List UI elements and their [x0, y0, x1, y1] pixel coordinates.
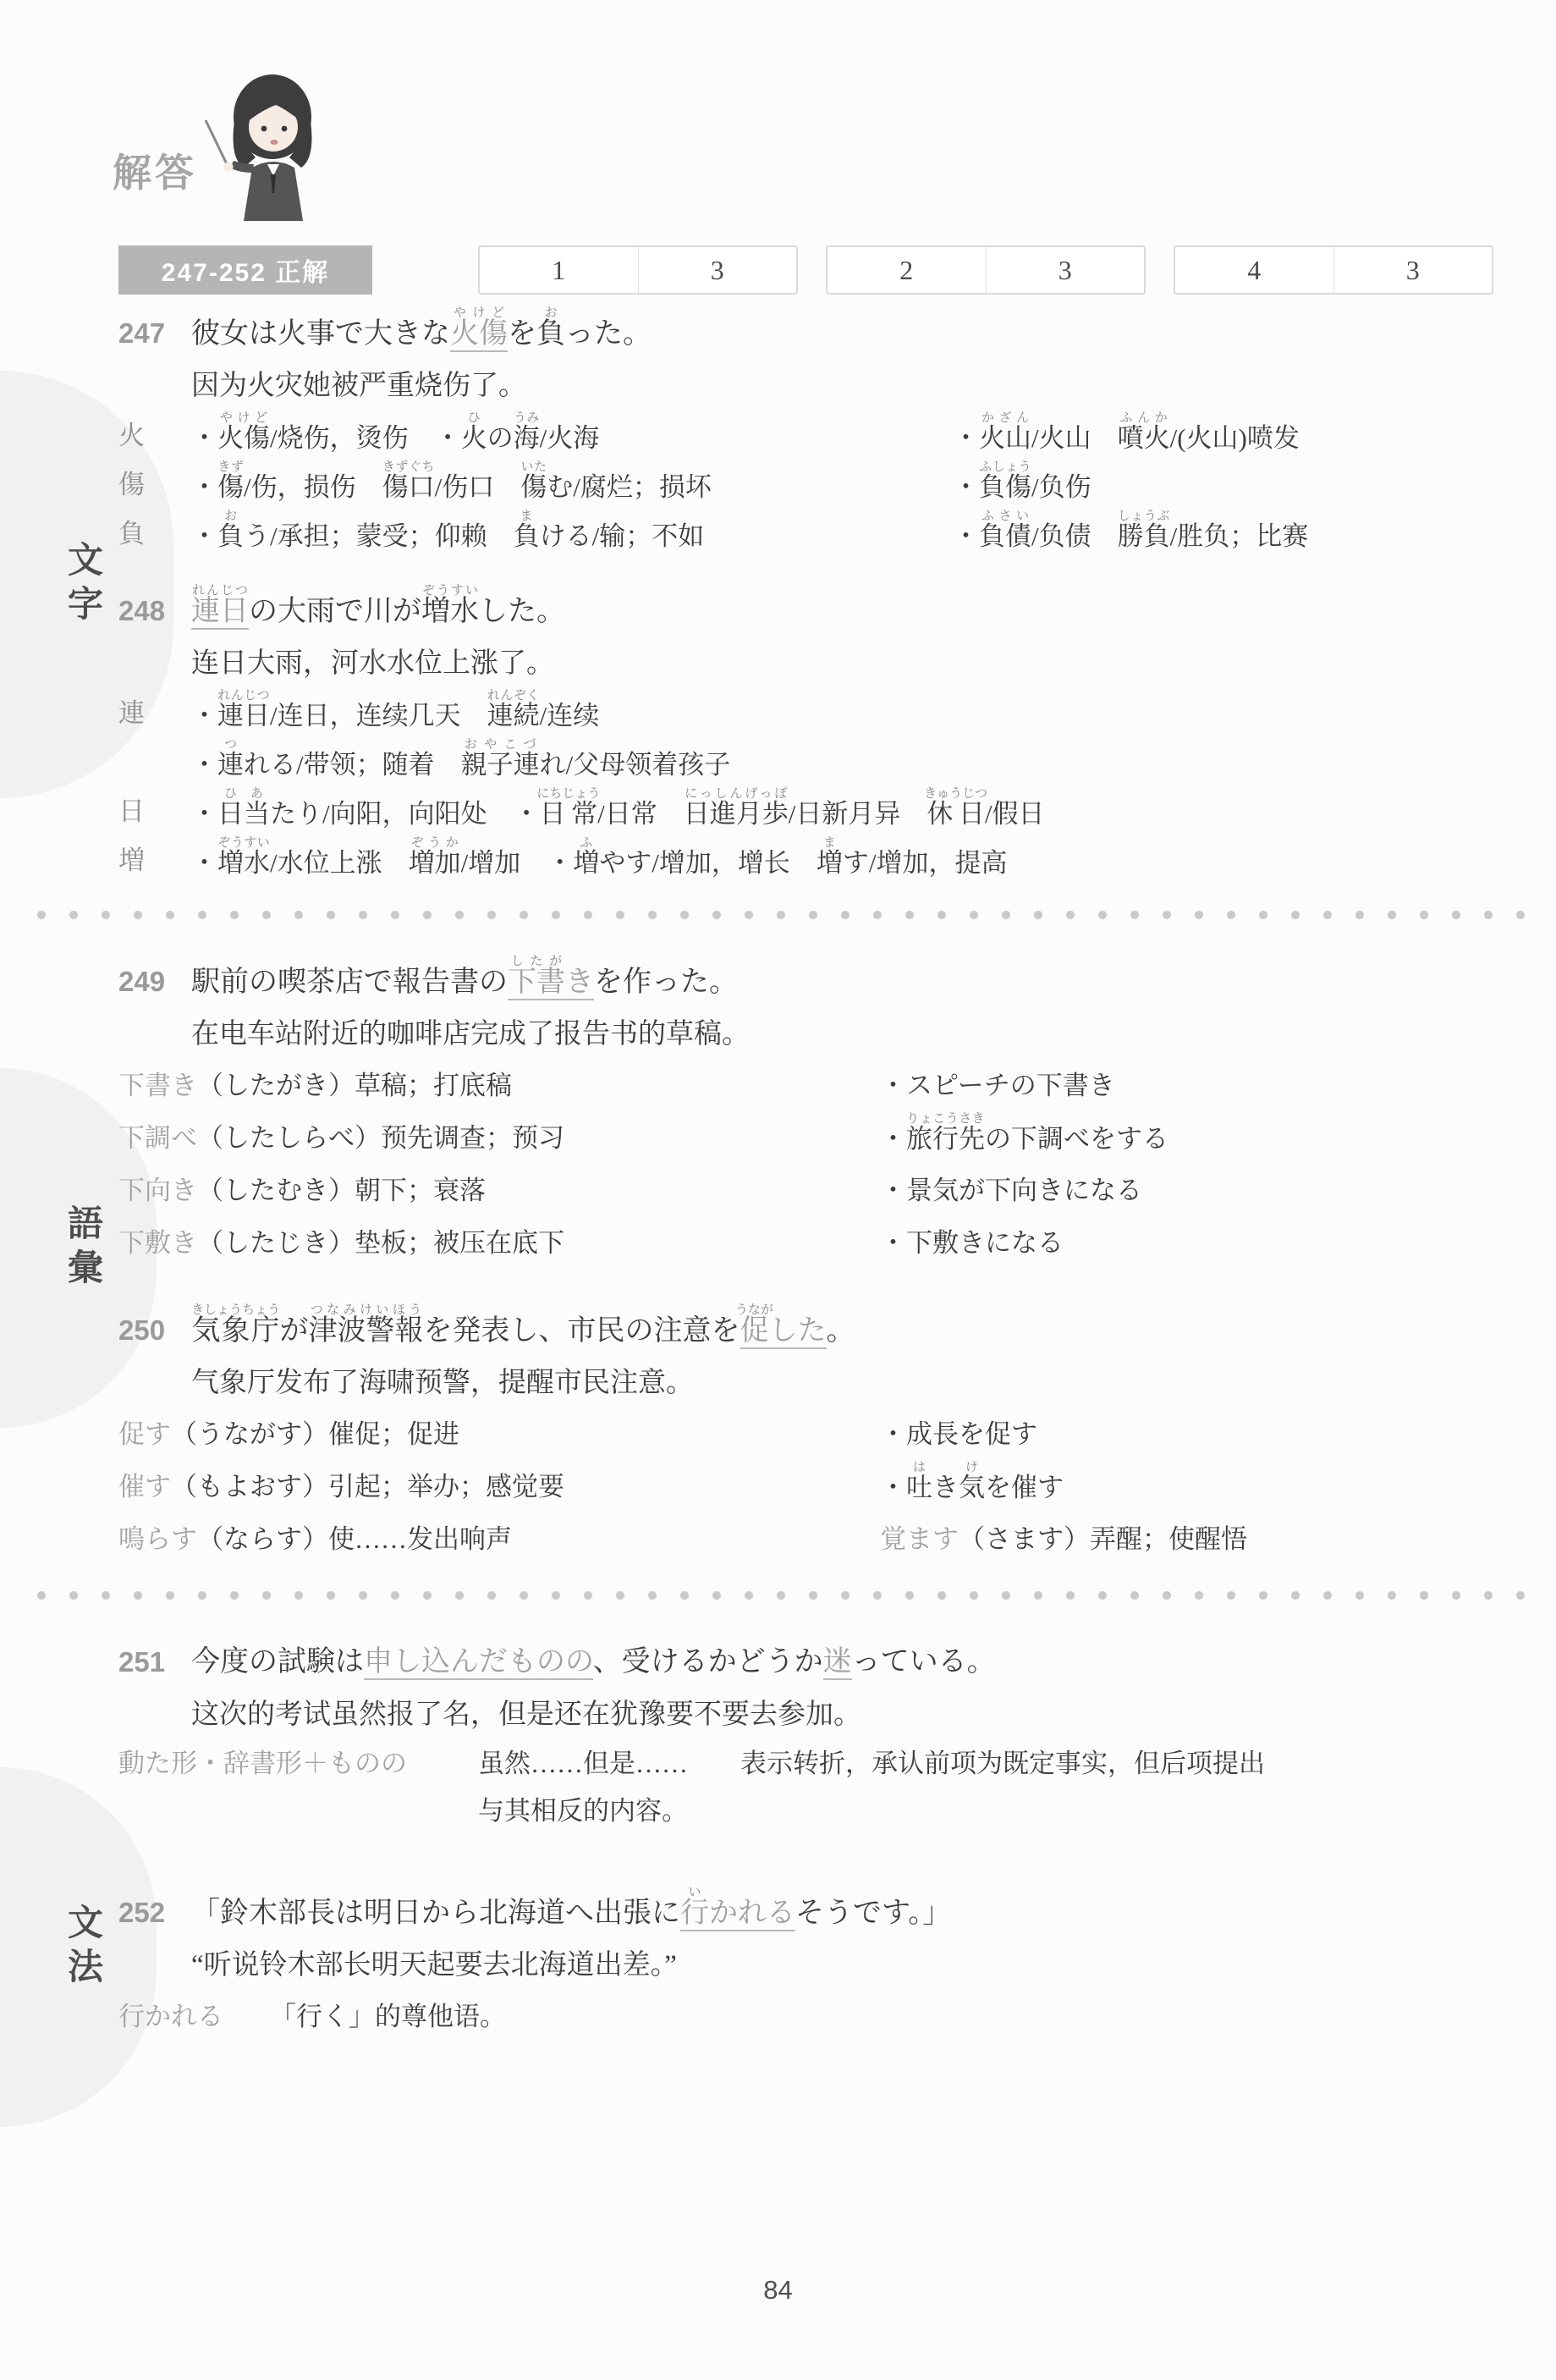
answer-cell: 2	[827, 247, 986, 293]
vocab-entry: 促す（うながす）催促；促进	[118, 1408, 880, 1461]
vocab-headword: 鳴らす	[118, 1524, 197, 1554]
chinese-translation: 气象厅发布了海啸预警，提醒市民注意。	[191, 1358, 1523, 1408]
sentence-row: 251今度の試験は申し込んだものの、受けるかどうか迷っている。	[118, 1635, 1523, 1689]
vocab-example: ・吐はき気けを催す	[880, 1461, 1064, 1513]
vocab-headword: 下敷き	[118, 1228, 197, 1258]
vocab-row: 下向き（したむき）朝下；衰落・景気が下向きになる	[118, 1165, 1523, 1217]
textbook-answer-page: { "header": { "kaito_label": "解答", "answ…	[0, 0, 1556, 2380]
answer-section-heading: 解答	[113, 142, 197, 198]
kanji-gutter	[118, 738, 191, 787]
vocab-entries: ・増水ぞうすい/水位上涨 増加ぞうか/增加 ・増ふやす/增加，增长 増ます/增加…	[191, 836, 953, 885]
chinese-translation: “听说铃木部长明天起要去北海道出差。”	[191, 1940, 1523, 1991]
japanese-sentence: 彼女は火事で大きな火傷やけどを負おった。	[191, 306, 652, 361]
vocab-meaning: （ならす）使……发出响声	[197, 1524, 512, 1554]
vocab-meaning: （うながす）催促；促进	[171, 1419, 459, 1449]
section-number: 247	[118, 306, 191, 361]
section-group: 247彼女は火事で大きな火傷やけどを負おった。因为火灾她被严重烧伤了。火・火傷や…	[118, 306, 1523, 885]
vocab-headword: 下向き	[118, 1176, 197, 1205]
sentence-row: 249駅前の喫茶店で報告書の下書したがきを作った。	[118, 955, 1523, 1009]
vocab-entry: 下敷き（したじき）垫板；被压在底下	[118, 1217, 880, 1270]
vocab-entries: ・負おう/承担；蒙受；仰赖 負まける/输；不如	[191, 510, 953, 559]
teacher-girl-icon	[203, 64, 338, 221]
section-number: 250	[118, 1303, 191, 1358]
sidebar-tab-label: 語彙	[58, 1204, 108, 1292]
underlined-answer-word: 申し込んだものの	[364, 1646, 593, 1680]
vocab-entries: ・日当ひあたり/向阳，向阳处 ・日常にちじょう/日常 日進月歩にっしんげっぽ/日…	[191, 787, 953, 836]
kanji-vocab-row: ・連つれる/带领；随着 親子連おやこづれ/父母领着孩子	[118, 738, 1523, 787]
section-248: 248連日れんじつの大雨で川が増水ぞうすいした。连日大雨，河水水位上涨了。連・連…	[118, 584, 1523, 885]
vocab-row: 下調べ（したしらべ）预先调查；预习・旅行先りょこうさきの下調べをする	[118, 1112, 1523, 1165]
vocab-entry: 覚ます（さます）弄醒；使醒悟	[880, 1513, 1247, 1566]
kanji-gutter: 火	[118, 411, 191, 460]
vocab-headword: 催す	[118, 1472, 171, 1501]
vocab-entry: 催す（もよおす）引起；举办；感觉要	[118, 1461, 880, 1513]
japanese-sentence: 気象庁きしょうちょうが津波警報つなみけいほうを発表し、市民の注意を促うながした。	[191, 1303, 855, 1358]
grammar-row: 動た形・辞書形＋ものの虽然……但是…… 表示转折，承认前项为既定事实，但后项提出…	[118, 1740, 1523, 1835]
vocab-entries: ・傷きず/伤，损伤 傷口きずぐち/伤口 傷いたむ/腐烂；损坏	[191, 460, 953, 510]
answer-cell: 3	[638, 247, 797, 293]
vocab-meaning: 「行く」的尊他语。	[270, 2002, 506, 2031]
answer-box: 43	[1174, 245, 1493, 295]
vocab-example: ・下敷きになる	[880, 1217, 1064, 1270]
sidebar-tab-label: 文法	[58, 1903, 108, 1992]
vocab-headword: 下書き	[118, 1071, 197, 1100]
kanji-gutter: 負	[118, 510, 191, 559]
kanji-vocab-row: 日・日当ひあたり/向阳，向阳处 ・日常にちじょう/日常 日進月歩にっしんげっぽ/…	[118, 787, 1523, 836]
japanese-sentence: 「鈴木部長は明日から北海道へ出張に行いかれるそうです。」	[191, 1886, 951, 1940]
vocab-meaning: （したむき）朝下；衰落	[197, 1176, 486, 1205]
sentence-row: 250気象庁きしょうちょうが津波警報つなみけいほうを発表し、市民の注意を促うなが…	[118, 1303, 1523, 1358]
answer-boxes: 132343	[478, 245, 1521, 295]
answer-key-label: 247-252 正解	[118, 245, 372, 295]
underlined-answer-word: 迷	[823, 1646, 852, 1680]
chinese-translation: 在电车站附近的咖啡店完成了报告书的草稿。	[191, 1009, 1523, 1060]
underlined-answer-word: 下書したがき	[508, 967, 594, 1000]
grammar-explanation: 虽然……但是…… 表示转折，承认前项为既定事实，但后项提出与其相反的内容。	[478, 1740, 1282, 1835]
vocab-entry: 下書き（したがき）草稿；打底稿	[118, 1060, 880, 1112]
vocab-entries: ・負傷ふしょう/负伤	[953, 460, 1091, 510]
answer-box: 23	[826, 245, 1146, 295]
vocab-row: 行かれる「行く」的尊他语。	[118, 1991, 1523, 2043]
answer-cell: 1	[480, 247, 638, 293]
underlined-answer-word: 行いかれる	[680, 1898, 795, 1931]
vocab-entry: 行かれる「行く」的尊他语。	[118, 1991, 880, 2043]
vocab-example: ・旅行先りょこうさきの下調べをする	[880, 1112, 1168, 1165]
vocab-meaning: （したしらべ）预先调查；预习	[197, 1123, 564, 1153]
section-249: 249駅前の喫茶店で報告書の下書したがきを作った。在电车站附近的咖啡店完成了报告…	[118, 955, 1523, 1270]
vocab-entries: ・火傷やけど/烧伤，烫伤 ・火ひの海うみ/火海	[191, 411, 953, 460]
section-group: 249駅前の喫茶店で報告書の下書したがきを作った。在电车站附近的咖啡店完成了报告…	[118, 955, 1523, 1566]
answer-box: 13	[478, 245, 798, 295]
grammar-pattern-label: 動た形・辞書形＋ものの	[118, 1740, 478, 1835]
vocab-row: 下敷き（したじき）垫板；被压在底下・下敷きになる	[118, 1217, 1523, 1270]
page-number: 84	[0, 2275, 1556, 2306]
vocab-row: 催す（もよおす）引起；举办；感觉要・吐はき気けを催す	[118, 1461, 1523, 1513]
section-number: 248	[118, 584, 191, 638]
chinese-translation: 连日大雨，河水水位上涨了。	[191, 638, 1523, 689]
section-251: 251今度の試験は申し込んだものの、受けるかどうか迷っている。这次的考试虽然报了…	[118, 1635, 1523, 1835]
vocab-entries: ・火山かざん/火山 噴火ふんか/(火山)喷发	[953, 411, 1300, 460]
dotted-divider	[25, 1589, 1536, 1601]
section-number: 251	[118, 1635, 191, 1689]
vocab-meaning: （したじき）垫板；被压在底下	[197, 1228, 564, 1258]
sentence-row: 252「鈴木部長は明日から北海道へ出張に行いかれるそうです。」	[118, 1886, 1523, 1940]
kanji-vocab-row: 負・負おう/承担；蒙受；仰赖 負まける/输；不如・負債ふさい/负债 勝負しょうぶ…	[118, 510, 1523, 559]
section-250: 250気象庁きしょうちょうが津波警報つなみけいほうを発表し、市民の注意を促うなが…	[118, 1303, 1523, 1566]
vocab-row: 鳴らす（ならす）使……发出响声覚ます（さます）弄醒；使醒悟	[118, 1513, 1523, 1566]
kanji-gutter: 日	[118, 787, 191, 836]
japanese-sentence: 連日れんじつの大雨で川が増水ぞうすいした。	[191, 584, 565, 638]
section-247: 247彼女は火事で大きな火傷やけどを負おった。因为火灾她被严重烧伤了。火・火傷や…	[118, 306, 1523, 559]
kanji-gutter: 連	[118, 689, 191, 738]
vocab-meaning: （もよおす）引起；举办；感觉要	[171, 1472, 564, 1501]
vocab-entry: 下調べ（したしらべ）预先调查；预习	[118, 1112, 880, 1165]
answer-content: 247彼女は火事で大きな火傷やけどを負おった。因为火灾她被严重烧伤了。火・火傷や…	[118, 306, 1523, 2043]
underlined-answer-word: 連日れんじつ	[191, 596, 249, 630]
vocab-entries: ・負債ふさい/负债 勝負しょうぶ/胜负；比赛	[953, 510, 1308, 559]
answer-key-row: 247-252 正解 132343	[118, 245, 1521, 295]
chinese-translation: 这次的考试虽然报了名，但是还在犹豫要不要去参加。	[191, 1689, 1523, 1740]
sentence-row: 247彼女は火事で大きな火傷やけどを負おった。	[118, 306, 1523, 361]
vocab-example: ・成長を促す	[880, 1408, 1037, 1461]
kanji-gutter: 増	[118, 836, 191, 885]
vocab-example: ・スピーチの下書き	[880, 1060, 1115, 1112]
kanji-vocab-row: 傷・傷きず/伤，损伤 傷口きずぐち/伤口 傷いたむ/腐烂；损坏・負傷ふしょう/负…	[118, 460, 1523, 510]
answer-cell: 3	[1333, 247, 1493, 293]
kanji-vocab-row: 連・連日れんじつ/连日，连续几天 連続れんぞく/连续	[118, 689, 1523, 738]
japanese-sentence: 駅前の喫茶店で報告書の下書したがきを作った。	[191, 955, 738, 1009]
sidebar-tab-label: 文字	[58, 541, 108, 629]
kanji-vocab-row: 火・火傷やけど/烧伤，烫伤 ・火ひの海うみ/火海・火山かざん/火山 噴火ふんか/…	[118, 411, 1523, 460]
teacher-girl-illustration	[203, 64, 338, 225]
underlined-answer-word: 火傷やけど	[450, 318, 508, 352]
section-number: 249	[118, 955, 191, 1009]
vocab-headword: 下調べ	[118, 1123, 197, 1153]
answer-cell: 4	[1175, 247, 1333, 293]
kanji-vocab-row: 増・増水ぞうすい/水位上涨 増加ぞうか/增加 ・増ふやす/增加，增长 増ます/增…	[118, 836, 1523, 885]
chinese-translation: 因为火灾她被严重烧伤了。	[191, 361, 1523, 411]
vocab-row: 促す（うながす）催促；促进・成長を促す	[118, 1408, 1523, 1461]
underlined-answer-word: 促うながした	[740, 1315, 827, 1349]
vocab-headword: 促す	[118, 1419, 171, 1449]
vocab-headword: 行かれる	[118, 2002, 223, 2031]
vocab-headword: 覚ます	[880, 1524, 959, 1554]
vocab-entry: 鳴らす（ならす）使……发出响声	[118, 1513, 880, 1566]
vocab-meaning: （したがき）草稿；打底稿	[197, 1071, 512, 1100]
vocab-entries: ・連つれる/带领；随着 親子連おやこづれ/父母领着孩子	[191, 738, 953, 787]
dotted-divider	[25, 909, 1536, 921]
japanese-sentence: 今度の試験は申し込んだものの、受けるかどうか迷っている。	[191, 1635, 996, 1689]
kanji-gutter: 傷	[118, 460, 191, 510]
vocab-entry: 下向き（したむき）朝下；衰落	[118, 1165, 880, 1217]
sentence-row: 248連日れんじつの大雨で川が増水ぞうすいした。	[118, 584, 1523, 638]
vocab-example: ・景気が下向きになる	[880, 1165, 1142, 1217]
section-number: 252	[118, 1886, 191, 1940]
answer-cell: 3	[986, 247, 1145, 293]
section-group: 251今度の試験は申し込んだものの、受けるかどうか迷っている。这次的考试虽然报了…	[118, 1635, 1523, 2043]
vocab-row: 下書き（したがき）草稿；打底稿・スピーチの下書き	[118, 1060, 1523, 1112]
section-252: 252「鈴木部長は明日から北海道へ出張に行いかれるそうです。」“听说铃木部长明天…	[118, 1886, 1523, 2043]
vocab-entries: ・連日れんじつ/连日，连续几天 連続れんぞく/连续	[191, 689, 953, 738]
